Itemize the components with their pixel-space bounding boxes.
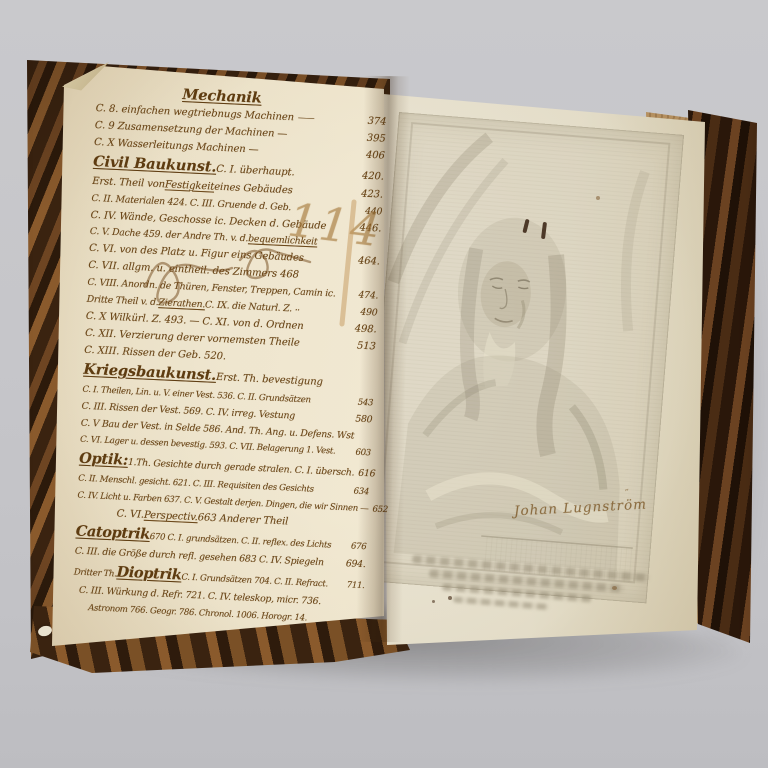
gutter-shadow bbox=[356, 76, 410, 643]
photo-of-open-book: Johan Lugnström ″ MechanikC. 8. einfache… bbox=[0, 0, 768, 768]
portrait-engraving-svg bbox=[361, 112, 684, 603]
annotation-scribble bbox=[118, 190, 378, 340]
fox-spot bbox=[432, 600, 435, 603]
fox-spot bbox=[612, 586, 617, 590]
portrait-engraving bbox=[361, 112, 684, 603]
fox-spot bbox=[596, 196, 600, 200]
handwriting-lines: MechanikC. 8. einfachen wegtriebnugs Mac… bbox=[72, 81, 388, 630]
show-through-line bbox=[453, 596, 549, 610]
fox-spot bbox=[448, 596, 452, 600]
signature-tick: ″ bbox=[625, 487, 630, 500]
